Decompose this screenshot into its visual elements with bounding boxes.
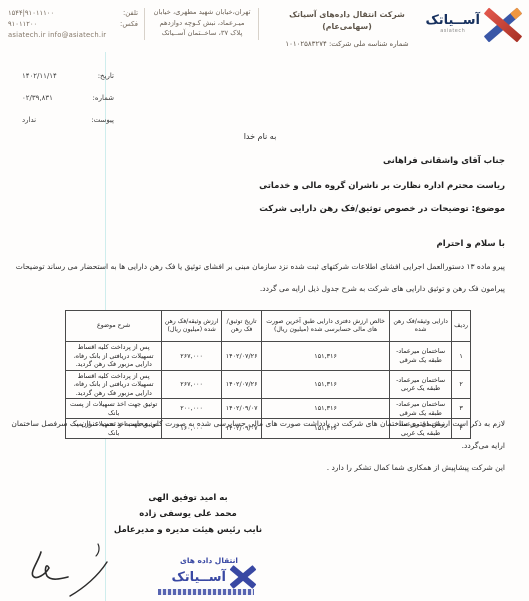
stamp-brand: آســیاتک [171,570,226,585]
company-name: شرکت انتقال داده‌های آسیاتک (سهامی‌عام) [268,9,426,33]
signatory-name: محمد علی یوسفی زاده [108,506,268,522]
letter-page: آســیاتک asiatech شرکت انتقال داده‌های آ… [0,0,529,601]
body-paragraph-line: پیرامون فک رهن و توثیق دارایی های شرکت ب… [260,284,505,293]
fax-value: ۹۱۰۱۱۲۰۰ [8,19,37,30]
body-paragraph-line: پیرو ماده ۱۳ دستورالعمل اجرایی افشای اطل… [16,262,505,271]
table-row: ۱ ساختمان میرعماد-طبقه یک شرقی ۱۵۱,۳۱۶ ۱… [66,342,471,371]
company-stamp: انتقال داده های آســیاتک [130,556,270,601]
subject-line: موضوع: توضیحات در خصوص توثیق/فک رهن دارا… [259,204,505,214]
address-line: پلاک ۳۷، ساخــتمان آســیاتک [152,28,252,39]
recipient-title: ریاست محترم اداره نظارت بر ناشران گروه م… [259,181,505,191]
col-header-asset: دارایی وثیقه/فک رهن شده [390,311,452,342]
cell-pledge-value: ۲۰۰,۰۰۰ [162,399,222,419]
letter-meta: تاریخ: ۱۴۰۲/۱۱/۱۴ شماره: ۰۲/۳۹,۸۳۱ پیوست… [22,72,114,138]
cell-pledge-value: ۲۶۷,۰۰۰ [162,370,222,399]
col-header-description: شرح موضوع [66,311,162,342]
cell-no: ۲ [452,370,471,399]
col-header-date: تاریخ توثیق/فک رهن [222,311,262,342]
signature-block: به امید توفیق الهی محمد علی یوسفی زاده ن… [108,490,268,538]
number-value: ۰۲/۳۹,۸۳۱ [22,94,53,102]
cell-asset: ساختمان میرعماد-طبقه یک شرقی [390,399,452,419]
stamp-asiatech-x-icon [230,566,256,588]
attachment-field: پیوست: ندارد [22,116,114,124]
table-row: ۲ ساختمان میرعماد-طبقه یک غربی ۱۵۱,۳۱۶ ۱… [66,370,471,399]
cell-date: ۱۴۰۲/۰۷/۲۶ [222,342,262,371]
cell-description: توثیق جهت اخذ تسهیلات از پست بانک [66,399,162,419]
date-value: ۱۴۰۲/۱۱/۱۴ [22,72,57,80]
date-label: تاریخ: [98,72,114,80]
cell-asset: ساختمان میرعماد-طبقه یک شرقی [390,342,452,371]
company-logo: آســیاتک asiatech [432,6,524,46]
cell-pledge-value: ۲۶۷,۰۰۰ [162,342,222,371]
stamp-clipped-text [158,589,254,595]
company-info: شرکت انتقال داده‌های آسیاتک (سهامی‌عام) … [268,9,426,48]
signature-benediction: به امید توفیق الهی [108,490,268,506]
attachment-value: ندارد [22,116,36,124]
attachment-label: پیوست: [91,116,114,124]
company-address: تهران،خیابان شهید مطهری، خیابان میـرعماد… [152,7,252,39]
cell-book-value: ۱۵۱,۳۱۶ [262,342,390,371]
brand-name-en: asiatech [425,28,480,34]
cell-asset: ساختمان میرعماد-طبقه یک غربی [390,370,452,399]
cell-description: پس از پرداخت کلیه اقساط تسهیلات دریافتی … [66,342,162,371]
note-line: لازم به ذکر است ارزش دفتری ساختمان های ش… [11,419,505,428]
cell-book-value: ۱۵۱,۳۱۶ [262,399,390,419]
handwritten-signature [10,538,125,600]
fax-label: فکس: [120,19,138,30]
col-header-pledge-value: ارزش وثیقه/فک رهن شده (میلیون ریال) [162,311,222,342]
company-contact: تلفن: ۱۵۴۴|۹۱۰۱۱۱۰۰ فکس: ۹۱۰۱۱۲۰۰ asiate… [8,8,138,41]
phone-value: ۱۵۴۴|۹۱۰۱۱۱۰۰ [8,8,54,19]
table-header-row: ردیف دارایی وثیقه/فک رهن شده خالص ارزش د… [66,311,471,342]
col-header-book-value: خالص ارزش دفتری دارایی طبق آخرین صورت ها… [262,311,390,342]
cell-no: ۱ [452,342,471,371]
brand-name-fa: آســیاتک [425,14,480,28]
date-field: تاریخ: ۱۴۰۲/۱۱/۱۴ [22,72,114,80]
header-divider [144,8,145,40]
cell-date: ۱۴۰۲/۰۷/۲۶ [222,370,262,399]
cell-date: ۱۴۰۲/۰۹/۰۷ [222,399,262,419]
number-field: شماره: ۰۲/۳۹,۸۳۱ [22,94,114,102]
stamp-top-text: انتقال داده های [130,556,270,565]
asiatech-x-icon [484,8,522,42]
phone-label: تلفن: [123,8,138,19]
salutation: با سلام و احترام [436,239,505,249]
cell-no: ۳ [452,399,471,419]
cell-description: پس از پرداخت کلیه اقساط تسهیلات دریافتی … [66,370,162,399]
table-row: ۳ ساختمان میرعماد-طبقه یک شرقی ۱۵۱,۳۱۶ ۱… [66,399,471,419]
number-label: شماره: [93,94,114,102]
bismillah: به نام خدا [200,132,320,141]
company-national-id: شماره شناسه ملی شرکت: ۱۰۱۰۲۵۸۳۲۷۴ [268,40,426,48]
header-divider [258,8,259,40]
website-email: asiatech.ir info@asiatech.ir [8,30,138,41]
recipient-name: جناب آقای واشقانی فراهانی [383,156,505,166]
address-line: تهران،خیابان شهید مطهری، خیابان [152,7,252,18]
note-line: ارایه می‌گردد. [462,441,505,450]
cell-book-value: ۱۵۱,۳۱۶ [262,370,390,399]
address-line: میـرعماد، نبش کـوچه دوازدهم [152,18,252,29]
col-header-row-number: ردیف [452,311,471,342]
thanks-line: این شرکت پیشاپیش از همکاری شما کمال تشکر… [327,463,505,472]
signatory-title: نایب رئیس هیئت مدیره و مدیرعامل [108,522,268,538]
